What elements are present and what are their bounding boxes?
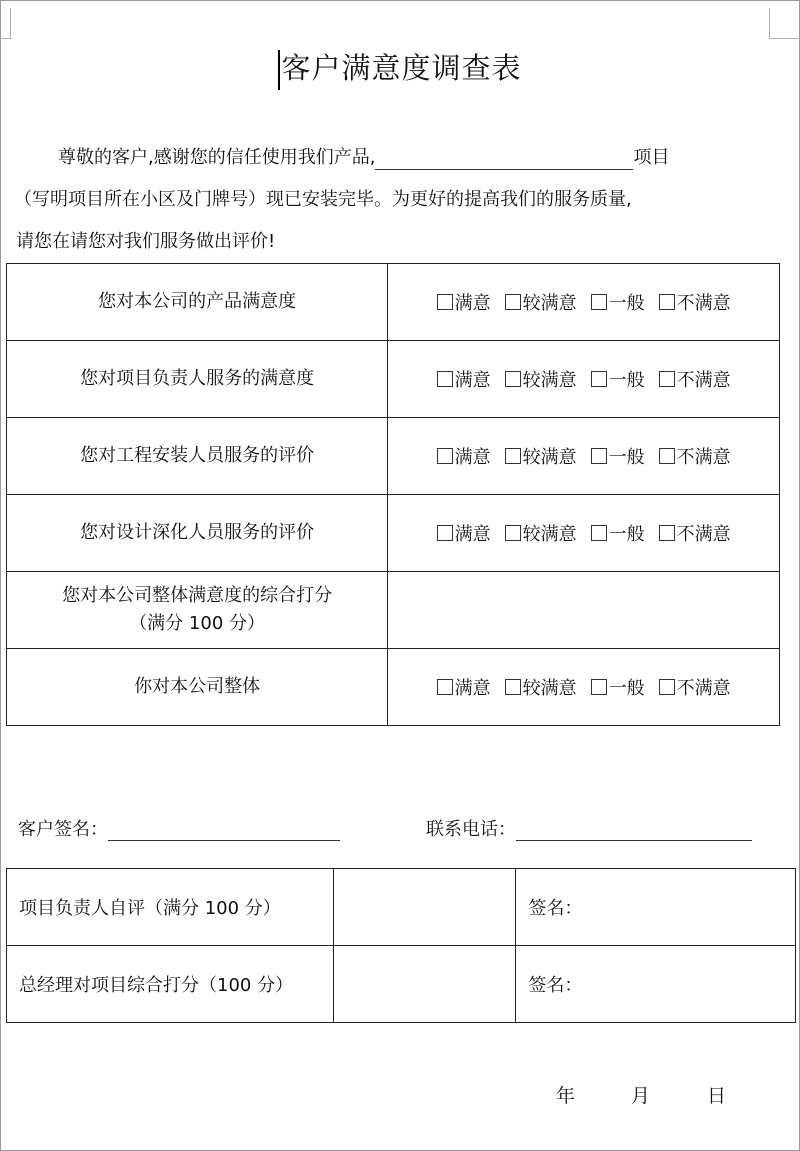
survey-answer[interactable] (388, 572, 780, 649)
rating-option[interactable]: 一般 (591, 674, 645, 700)
score-label: 项目负责人自评（满分 100 分） (7, 869, 334, 946)
checkbox-icon[interactable] (659, 371, 675, 387)
survey-answer: 满意较满意一般不满意 (388, 264, 780, 341)
checkbox-icon[interactable] (505, 294, 521, 310)
survey-row: 您对设计深化人员服务的评价满意较满意一般不满意 (7, 495, 780, 572)
survey-question: 您对本公司的产品满意度 (7, 264, 388, 341)
margin-corner-top-left (0, 8, 11, 39)
rating-option[interactable]: 满意 (437, 366, 491, 392)
survey-question: 您对本公司整体满意度的综合打分（满分 100 分） (7, 572, 388, 649)
survey-row: 您对本公司的产品满意度满意较满意一般不满意 (7, 264, 780, 341)
checkbox-icon[interactable] (437, 294, 453, 310)
rating-option[interactable]: 不满意 (659, 674, 731, 700)
rating-option[interactable]: 不满意 (659, 366, 731, 392)
rating-option[interactable]: 满意 (437, 443, 491, 469)
checkbox-icon[interactable] (591, 371, 607, 387)
contact-phone-field[interactable] (516, 818, 752, 841)
score-label: 总经理对项目综合打分（100 分） (7, 946, 334, 1023)
score-value-field[interactable] (333, 869, 516, 946)
score-value-field[interactable] (333, 946, 516, 1023)
project-blank[interactable] (375, 147, 633, 170)
rating-option[interactable]: 较满意 (505, 289, 577, 315)
rating-option[interactable]: 满意 (437, 674, 491, 700)
score-table: 项目负责人自评（满分 100 分）签名：总经理对项目综合打分（100 分）签名： (6, 868, 796, 1023)
intro-line-2: （写明项目所在小区及门牌号）现已安装完毕。为更好的提高我们的服务质量, (14, 188, 632, 212)
score-signature[interactable]: 签名： (516, 869, 796, 946)
contact-phone: 联系电话： (426, 815, 752, 841)
checkbox-icon[interactable] (437, 525, 453, 541)
intro-line-1: 尊敬的客户,感谢您的信任使用我们产品,项目 (58, 146, 669, 170)
survey-answer: 满意较满意一般不满意 (388, 418, 780, 495)
checkbox-icon[interactable] (659, 679, 675, 695)
rating-option[interactable]: 一般 (591, 520, 645, 546)
checkbox-icon[interactable] (505, 448, 521, 464)
checkbox-icon[interactable] (437, 679, 453, 695)
survey-question: 您对设计深化人员服务的评价 (7, 495, 388, 572)
rating-option[interactable]: 满意 (437, 289, 491, 315)
survey-answer: 满意较满意一般不满意 (388, 341, 780, 418)
rating-option[interactable]: 不满意 (659, 520, 731, 546)
survey-question: 你对本公司整体 (7, 649, 388, 726)
checkbox-icon[interactable] (437, 448, 453, 464)
customer-signature-field[interactable] (108, 818, 340, 841)
checkbox-icon[interactable] (591, 294, 607, 310)
rating-option[interactable]: 一般 (591, 366, 645, 392)
date-month: 月 (631, 1081, 650, 1108)
page-title[interactable]: 客户满意度调查表 (0, 46, 800, 90)
checkbox-icon[interactable] (659, 525, 675, 541)
customer-signature: 客户签名： (18, 815, 340, 841)
checkbox-icon[interactable] (505, 371, 521, 387)
checkbox-icon[interactable] (659, 294, 675, 310)
survey-answer: 满意较满意一般不满意 (388, 649, 780, 726)
score-row: 总经理对项目综合打分（100 分）签名： (7, 946, 796, 1023)
survey-row: 您对本公司整体满意度的综合打分（满分 100 分） (7, 572, 780, 649)
checkbox-icon[interactable] (591, 679, 607, 695)
checkbox-icon[interactable] (591, 525, 607, 541)
intro-line-3: 请您在请您对我们服务做出评价! (16, 230, 275, 254)
score-signature[interactable]: 签名： (516, 946, 796, 1023)
rating-option[interactable]: 不满意 (659, 289, 731, 315)
rating-option[interactable]: 不满意 (659, 443, 731, 469)
survey-question: 您对工程安装人员服务的评价 (7, 418, 388, 495)
checkbox-icon[interactable] (505, 525, 521, 541)
survey-question: 您对项目负责人服务的满意度 (7, 341, 388, 418)
date-year: 年 (556, 1081, 575, 1108)
rating-option[interactable]: 较满意 (505, 366, 577, 392)
margin-corner-top-right (769, 8, 800, 39)
rating-option[interactable]: 较满意 (505, 443, 577, 469)
survey-row: 您对工程安装人员服务的评价满意较满意一般不满意 (7, 418, 780, 495)
survey-answer: 满意较满意一般不满意 (388, 495, 780, 572)
rating-option[interactable]: 较满意 (505, 674, 577, 700)
score-row: 项目负责人自评（满分 100 分）签名： (7, 869, 796, 946)
checkbox-icon[interactable] (437, 371, 453, 387)
rating-option[interactable]: 一般 (591, 289, 645, 315)
survey-table: 您对本公司的产品满意度满意较满意一般不满意您对项目负责人服务的满意度满意较满意一… (6, 263, 780, 726)
checkbox-icon[interactable] (659, 448, 675, 464)
checkbox-icon[interactable] (591, 448, 607, 464)
survey-row: 你对本公司整体满意较满意一般不满意 (7, 649, 780, 726)
rating-option[interactable]: 满意 (437, 520, 491, 546)
survey-row: 您对项目负责人服务的满意度满意较满意一般不满意 (7, 341, 780, 418)
date-day: 日 (707, 1081, 726, 1108)
rating-option[interactable]: 较满意 (505, 520, 577, 546)
rating-option[interactable]: 一般 (591, 443, 645, 469)
checkbox-icon[interactable] (505, 679, 521, 695)
